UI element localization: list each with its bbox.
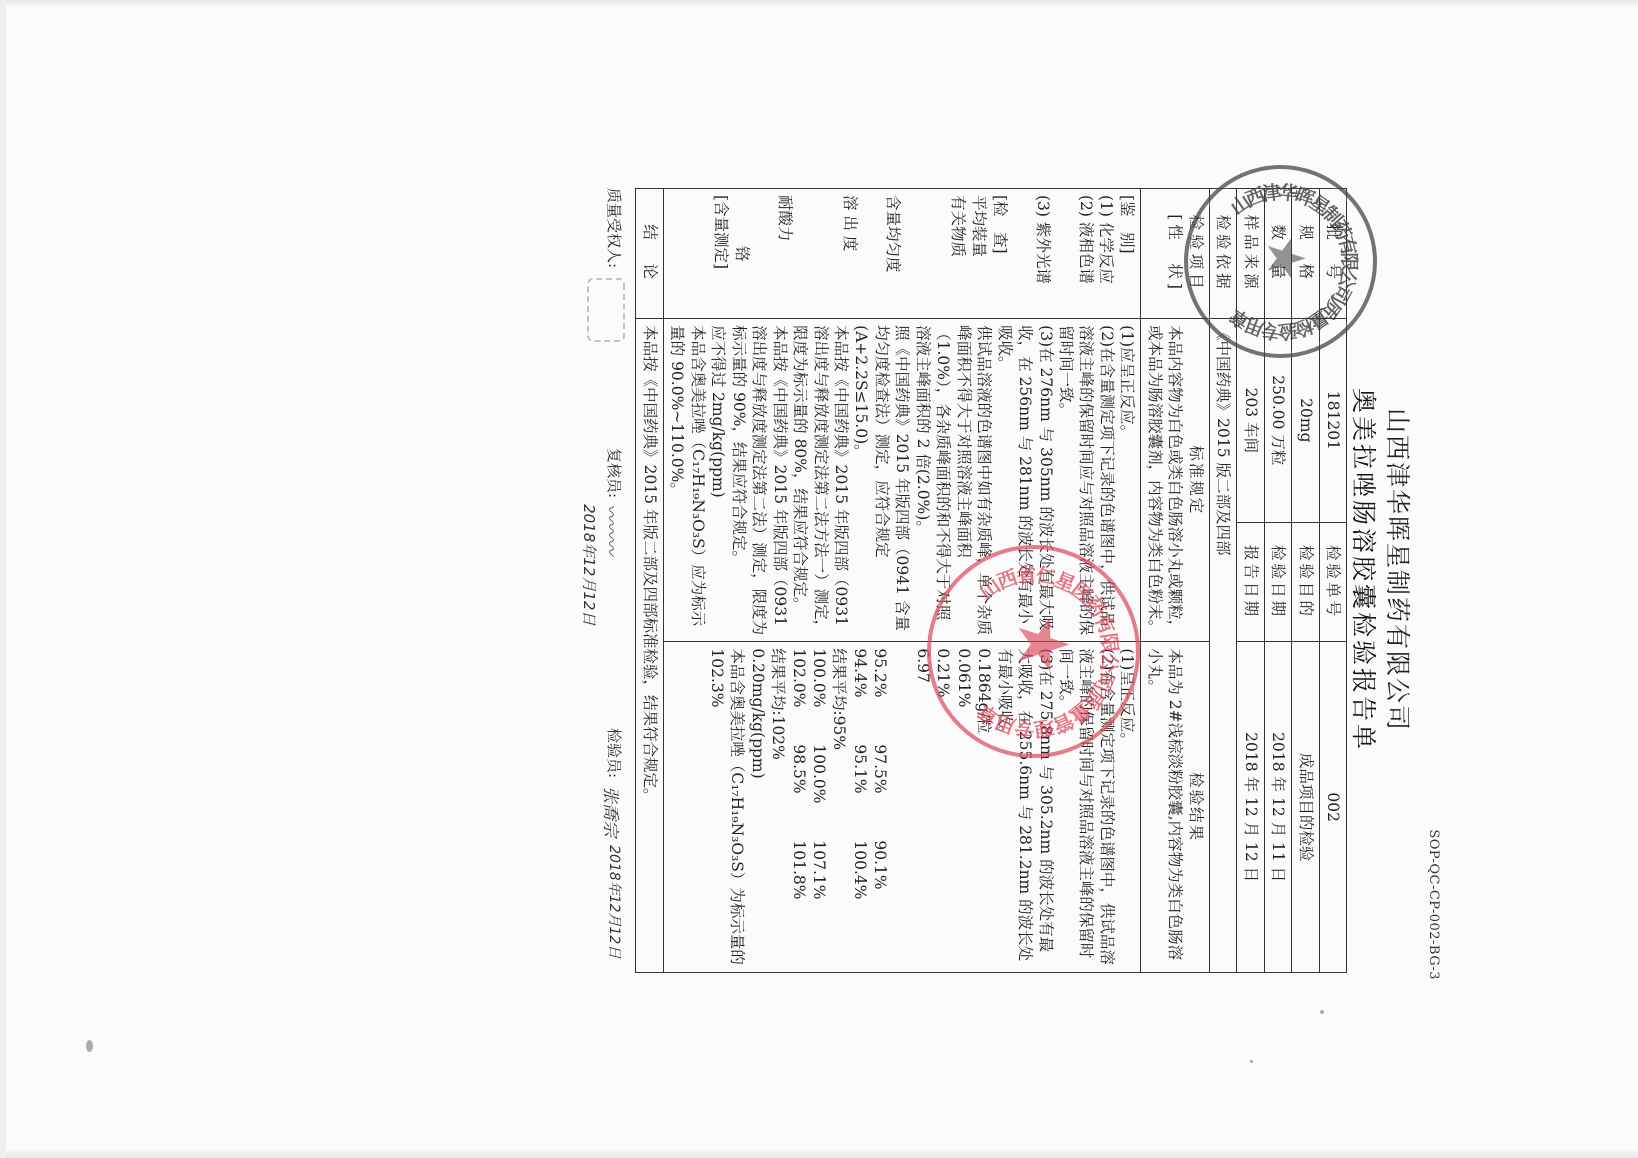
check-acid-resistance: 耐酸力 bbox=[774, 195, 795, 312]
std-assay: 本品含奥美拉唑（C₁₇H₁₉N₃O₃S）应为标示量的 90.0%~110.0%。 bbox=[667, 325, 708, 635]
acid-values-row-2: 102.0% 98.5% 101.8% bbox=[788, 648, 808, 966]
dissolution-summary: 结果平均:95% bbox=[829, 648, 849, 966]
col-result: 检验结果 本品为 2#浅棕淡粉胶囊,内容物为类白色肠溶小丸。 bbox=[1141, 642, 1209, 973]
dissolution-value: 90.1% bbox=[870, 840, 890, 900]
scan-speck bbox=[86, 1040, 93, 1052]
res-assay: 本品含奥美拉唑（C₁₇H₁₉N₃O₃S）为标示量的 102.3% bbox=[706, 648, 747, 966]
basis-value: 《中国药典》2015 版二部及四部 bbox=[1209, 319, 1236, 973]
dissolution-value: 95.1% bbox=[849, 744, 869, 804]
scan-speck bbox=[1320, 1010, 1324, 1014]
id-item-hplc: (2) 液相色谱 bbox=[1075, 195, 1096, 312]
id-item-chemical: (1) 化学反应 bbox=[1096, 195, 1117, 312]
form-code: SOP-QC-CP-002-BG-3 bbox=[1426, 829, 1441, 980]
std-acid-resistance: 本品按《中国药典》2015 年版四部（0931 溶出度与释放度测定法第二法）测定… bbox=[728, 325, 789, 635]
character-heading: [性 状] bbox=[1165, 195, 1185, 312]
acid-resistance-summary: 结果平均:102% bbox=[768, 648, 788, 966]
report-no-label: 检验单号 bbox=[1319, 522, 1346, 642]
dissolution-value: 97.5% bbox=[870, 744, 890, 804]
res-content-uniformity: 6.97 bbox=[912, 648, 932, 966]
report-date-label: 报告日期 bbox=[1237, 522, 1264, 642]
dissolution-value: 94.4% bbox=[849, 648, 869, 708]
id-item-uv: (3) 紫外光谱 bbox=[1032, 195, 1053, 312]
quality-inspection-seal: ★ 山西津华晖星制药有限公司质量检验专用章 bbox=[1184, 165, 1377, 358]
acid-resistance-value: 101.8% bbox=[788, 840, 808, 900]
test-items-column: [鉴 别] (1) 化学反应 (2) 液相色谱 (3) 紫外光谱 [检 查] 平… bbox=[663, 189, 1140, 319]
conclusion-text: 本品按《中国药典》2015 年版二部及四部标准检验，结果符合规定。 bbox=[636, 319, 663, 973]
col-standard-label: 标准规定 bbox=[1185, 325, 1205, 635]
company-name: 山西津华晖星制药有限公司 bbox=[1381, 140, 1417, 1000]
assay-heading: [含量测定] bbox=[710, 195, 731, 312]
conclusion-row: 结 论 本品按《中国药典》2015 年版二部及四部标准检验，结果符合规定。 bbox=[636, 189, 663, 973]
col-result-label: 检验结果 bbox=[1185, 648, 1205, 966]
report-date-value: 2018 年 12 月 12 日 bbox=[1237, 642, 1264, 973]
purpose-value: 成品项目的检验 bbox=[1292, 642, 1319, 973]
rotated-report-page: SOP-QC-CP-002-BG-3 山西津华晖星制药有限公司 奥美拉唑肠溶胶囊… bbox=[355, 140, 1455, 1000]
acid-resistance-value: 98.5% bbox=[788, 744, 808, 804]
scan-edge-bottom bbox=[0, 1148, 1638, 1158]
check-content-uniformity: 含量均匀度 bbox=[882, 195, 903, 312]
acid-values-row-1: 100.0% 100.0% 107.1% bbox=[809, 648, 829, 966]
scan-edge-top bbox=[0, 0, 1638, 8]
scan-speck bbox=[1250, 1060, 1253, 1063]
check-avg-fill: 平均装量 bbox=[968, 195, 989, 312]
res-chromium: 0.20mg/kg(ppm) bbox=[747, 648, 767, 966]
red-quality-seal: ★ 山西省仁星医药有限公司质量管理专用章 bbox=[927, 545, 1140, 758]
acid-resistance-value: 102.0% bbox=[788, 648, 808, 708]
acid-resistance-value: 100.0% bbox=[809, 744, 829, 804]
conclusion-label: 结 论 bbox=[636, 189, 663, 319]
purpose-label: 检验目的 bbox=[1292, 522, 1319, 642]
dissolution-value: 95.2% bbox=[870, 648, 890, 708]
test-date-label: 检验日期 bbox=[1264, 522, 1291, 642]
dissolution-value: 100.4% bbox=[849, 840, 869, 900]
character-standard: 本品内容物为白色或类白色肠溶小丸或颗粒，或本品为肠溶胶囊剂，内容物为类白色粉末。 bbox=[1144, 325, 1185, 635]
scan-edge-left bbox=[0, 0, 6, 1158]
seal-ring-text: 山西省仁星医药有限公司质量管理专用章 bbox=[931, 549, 1136, 754]
seal-ring-text: 山西津华晖星制药有限公司质量检验专用章 bbox=[1188, 169, 1373, 354]
acid-resistance-value: 100.0% bbox=[809, 648, 829, 708]
test-date-value: 2018 年 12 月 11 日 bbox=[1264, 642, 1291, 973]
check-related-substances: 有关物质 bbox=[947, 195, 968, 312]
checks-heading: [检 查] bbox=[989, 195, 1010, 312]
report-no-value: 002 bbox=[1319, 642, 1346, 973]
character-result: 本品为 2#浅棕淡粉胶囊,内容物为类白色肠溶小丸。 bbox=[1144, 648, 1185, 966]
acid-resistance-value: 107.1% bbox=[809, 840, 829, 900]
identification-heading: [鉴 别] bbox=[1116, 195, 1137, 312]
dissolution-values-row-2: 94.4% 95.1% 100.4% bbox=[849, 648, 869, 966]
std-chromium: 应不得过 2mg/kg(ppm) bbox=[708, 325, 728, 635]
dissolution-values-row-1: 95.2% 97.5% 90.1% bbox=[870, 648, 890, 966]
std-content-uniformity: 照《中国药典》2015 年版四部（0941 含量均匀度检查法）测定，应符合规定(… bbox=[851, 325, 912, 635]
check-chromium: 铬 bbox=[731, 195, 752, 312]
std-dissolution: 本品按《中国药典》2015 年版四部（0931 溶出度与释放度测定法第二法方法一… bbox=[790, 325, 851, 635]
col-standard: 标准规定 本品内容物为白色或类白色肠溶小丸或颗粒，或本品为肠溶胶囊剂，内容物为类… bbox=[1141, 319, 1209, 642]
check-dissolution: 溶 出 度 bbox=[839, 195, 860, 312]
